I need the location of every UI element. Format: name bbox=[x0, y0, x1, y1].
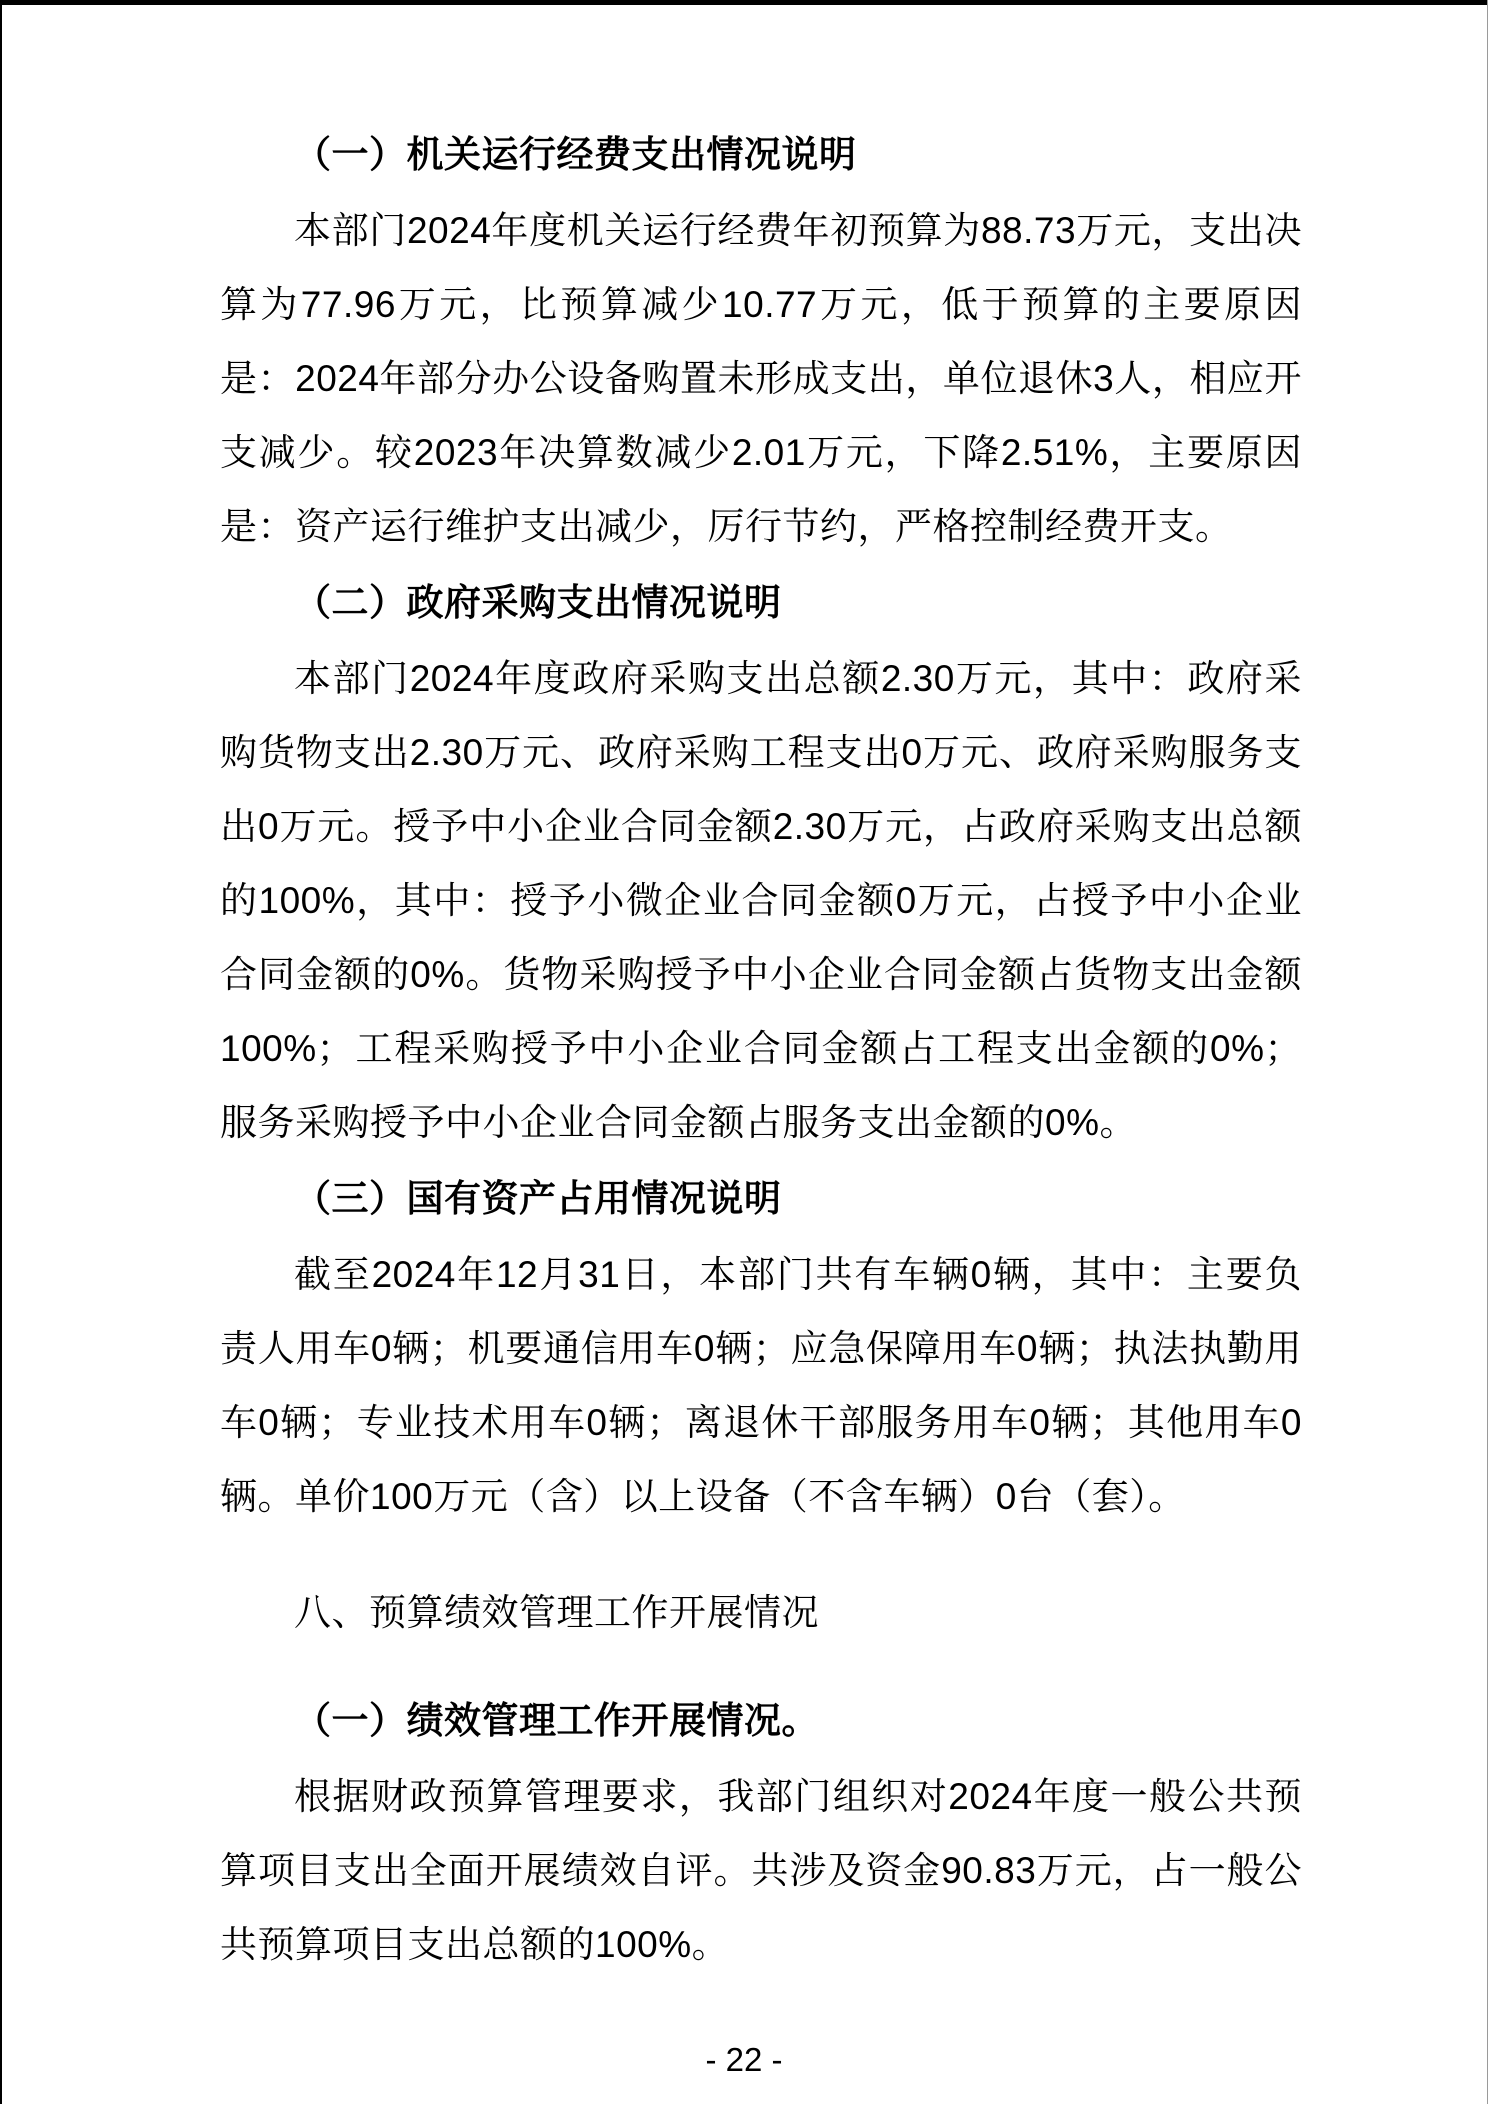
page-number: - 22 - bbox=[0, 2040, 1488, 2080]
heading-performance-management: （一）绩效管理工作开展情况。 bbox=[220, 1684, 1302, 1758]
document-body: （一）机关运行经费支出情况说明 本部门2024年度机关运行经费年初预算为88.7… bbox=[220, 116, 1302, 1984]
heading-org-operating-expenses: （一）机关运行经费支出情况说明 bbox=[220, 118, 1302, 192]
paragraph-state-owned-assets: 截至2024年12月31日，本部门共有车辆0辆，其中：主要负责人用车0辆；机要通… bbox=[220, 1238, 1302, 1534]
paragraph-performance-management: 根据财政预算管理要求，我部门组织对2024年度一般公共预算项目支出全面开展绩效自… bbox=[220, 1760, 1302, 1982]
paragraph-org-operating-expenses: 本部门2024年度机关运行经费年初预算为88.73万元，支出决算为77.96万元… bbox=[220, 194, 1302, 564]
top-border-bar bbox=[0, 0, 1488, 5]
heading-government-procurement: （二）政府采购支出情况说明 bbox=[220, 566, 1302, 640]
paragraph-government-procurement: 本部门2024年度政府采购支出总额2.30万元，其中：政府采购货物支出2.30万… bbox=[220, 642, 1302, 1160]
left-border-line bbox=[0, 0, 2, 2104]
document-page: （一）机关运行经费支出情况说明 本部门2024年度机关运行经费年初预算为88.7… bbox=[0, 0, 1488, 2104]
section-heading-budget-performance: 八、预算绩效管理工作开展情况 bbox=[220, 1576, 1302, 1650]
heading-state-owned-assets: （三）国有资产占用情况说明 bbox=[220, 1162, 1302, 1236]
